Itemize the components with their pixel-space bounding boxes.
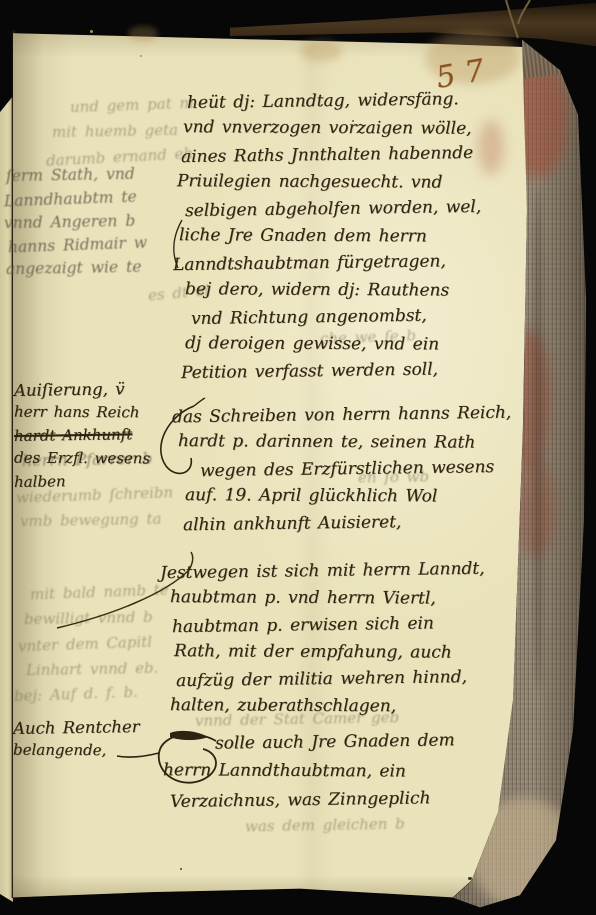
text-block-4: solle auch Jre Gnaden dem herrn Lanndtha… [160, 728, 455, 815]
manuscript-line: liche Jre Gnaden dem herrn [179, 222, 481, 251]
margin-note-auisierung: Auiſierung, v̈ herr hans Reich hardt Ank… [14, 378, 150, 493]
manuscript-line: wegen des Erzfürstlichen wesens [200, 454, 512, 485]
manuscript-line: alhin ankhunft Auisieret, [183, 508, 512, 540]
manuscript-line: Jestwegen ist sich mit herrn Lanndt, [160, 556, 485, 588]
margin-note-line: des Erzfl. wesens [14, 447, 150, 471]
water-stain [300, 40, 342, 62]
manuscript-line: Priuilegien nachgesuecht. vnd [177, 168, 481, 197]
margin-note-line: herr hans Reich [14, 401, 150, 425]
manuscript-line: aines Raths Jnnthalten habennde [181, 140, 482, 171]
manuscript-line: haubtman p. vnd herrn Viertl, [170, 584, 485, 613]
manuscript-line: Rath, mit der empfahung, auch [174, 638, 485, 667]
margin-note-line-struck: hardt Ankhunft [14, 423, 150, 448]
manuscript-line: aufzüg der militia wehren hinnd, [176, 664, 485, 695]
manuscript-line: solle auch Jre Gnaden dem [215, 726, 455, 758]
manuscript-line: Lanndtshaubtman fürgetragen, [173, 248, 482, 279]
photo-background: und gem pat m mit huemb geta darumb erna… [0, 0, 596, 915]
margin-note-line: belangende, [13, 739, 140, 763]
bleedthrough-line: vnnd Angeren b [4, 212, 136, 232]
ink-speck [140, 55, 142, 57]
manuscript-line: selbigen abgeholfen worden, wel, [185, 194, 482, 225]
manuscript-line: Petition verfasst werden soll, [181, 356, 482, 387]
text-block-2: das Schreiben von herrn hanns Reich, har… [170, 402, 511, 537]
manuscript-line: vnd vnverzogen vorzaigen wölle, [183, 114, 481, 143]
manuscript-line: auf. 19. April glückhlich Wol [185, 482, 511, 511]
bleedthrough-line: angezaigt wie te [6, 258, 142, 278]
margin-note-line: Auch Rentcher [13, 715, 140, 740]
red-edge-stain [478, 120, 504, 175]
margin-note-rentcher: Auch Rentcher belangende, [13, 716, 140, 762]
bleedthrough-line: was dem gleichen b [245, 815, 405, 836]
manuscript-line: halten, zuberathschlagen, [170, 692, 485, 721]
bleedthrough-line: Linhart vnnd eb. [26, 659, 159, 679]
manuscript-line: das Schreiben von herrn hanns Reich, [172, 400, 512, 432]
manuscript-line: dj deroigen gewisse, vnd ein [185, 330, 481, 359]
ink-speck [468, 877, 472, 880]
manuscript-line: bej dero, widern dj: Rauthens [185, 276, 481, 305]
bleedthrough-line: bewilligt vnnd b [24, 608, 153, 628]
margin-note-line: halben [14, 469, 150, 494]
manuscript-line: herrn Lanndthaubtman, ein [163, 756, 455, 787]
bleedthrough-line: mit huemb geta [52, 121, 178, 141]
margin-note-heading: Auiſierung, v̈ [14, 377, 150, 402]
fore-edge-dark-streak [533, 188, 543, 688]
manuscript-line: vnd Richtung angenombst, [191, 302, 482, 333]
bleedthrough-line: vmb bewegung ta [20, 510, 162, 530]
ink-speck [180, 868, 182, 870]
manuscript-line: heüt dj: Lanndtag, widersfäng. [187, 86, 482, 117]
bleedthrough-line: ſerm Stath, vnd [6, 165, 135, 185]
ink-speck [90, 30, 93, 33]
manuscript-line: hardt p. darinnen te, seinen Rath [178, 428, 511, 457]
text-block-1: heüt dj: Lanndtag, widersfäng. vnd vnver… [183, 88, 481, 385]
manuscript-line: haubtman p. erwisen sich ein [172, 610, 485, 641]
water-stain [128, 26, 158, 42]
text-block-3: Jestwegen ist sich mit herrn Lanndt, hau… [160, 558, 485, 720]
manuscript-line: Verzaichnus, was Zinngeplich [170, 784, 455, 817]
